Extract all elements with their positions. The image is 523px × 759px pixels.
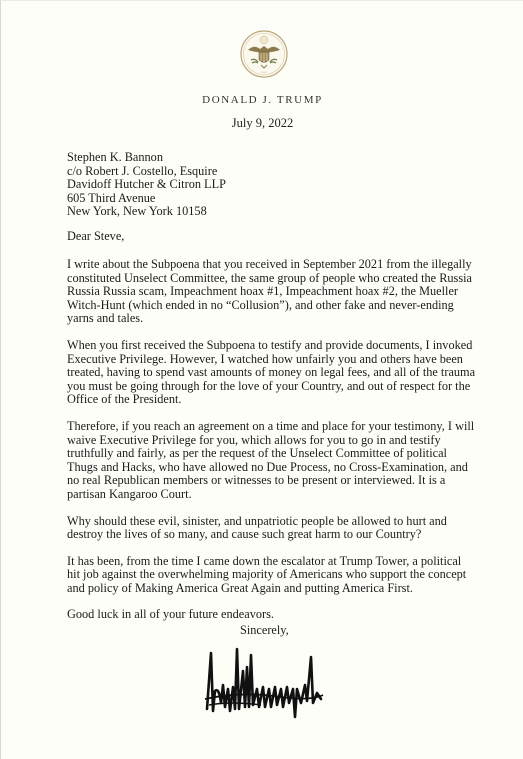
letter-date: July 9, 2022: [1, 116, 523, 131]
presidential-seal-icon: • • •: [240, 30, 288, 78]
body-paragraph: Therefore, if you reach an agreement on …: [67, 420, 477, 502]
recipient-city: New York, New York 10158: [67, 205, 226, 219]
letterhead-name: DONALD J. TRUMP: [1, 94, 523, 106]
body-paragraph: When you first received the Subpoena to …: [67, 339, 477, 407]
closing: Sincerely,: [240, 623, 289, 638]
body-paragraph: Good luck in all of your future endeavor…: [67, 608, 477, 622]
body-paragraph: I write about the Subpoena that you rece…: [67, 258, 477, 326]
svg-text:• • •: • • •: [262, 70, 267, 74]
letter-page: • • • DONALD J. TRUMP July 9, 2022 Steph…: [0, 0, 523, 759]
recipient-street: 605 Third Avenue: [67, 192, 226, 206]
body-paragraph: Why should these evil, sinister, and unp…: [67, 515, 477, 542]
salutation: Dear Steve,: [67, 229, 124, 244]
body-paragraph: It has been, from the time I came down t…: [67, 555, 477, 596]
recipient-name: Stephen K. Bannon: [67, 151, 226, 165]
recipient-address: Stephen K. Bannon c/o Robert J. Costello…: [67, 151, 226, 219]
handwritten-signature-icon: [201, 641, 341, 721]
recipient-care-of: c/o Robert J. Costello, Esquire: [67, 165, 226, 179]
letter-body: I write about the Subpoena that you rece…: [67, 258, 477, 635]
recipient-firm: Davidoff Hutcher & Citron LLP: [67, 178, 226, 192]
